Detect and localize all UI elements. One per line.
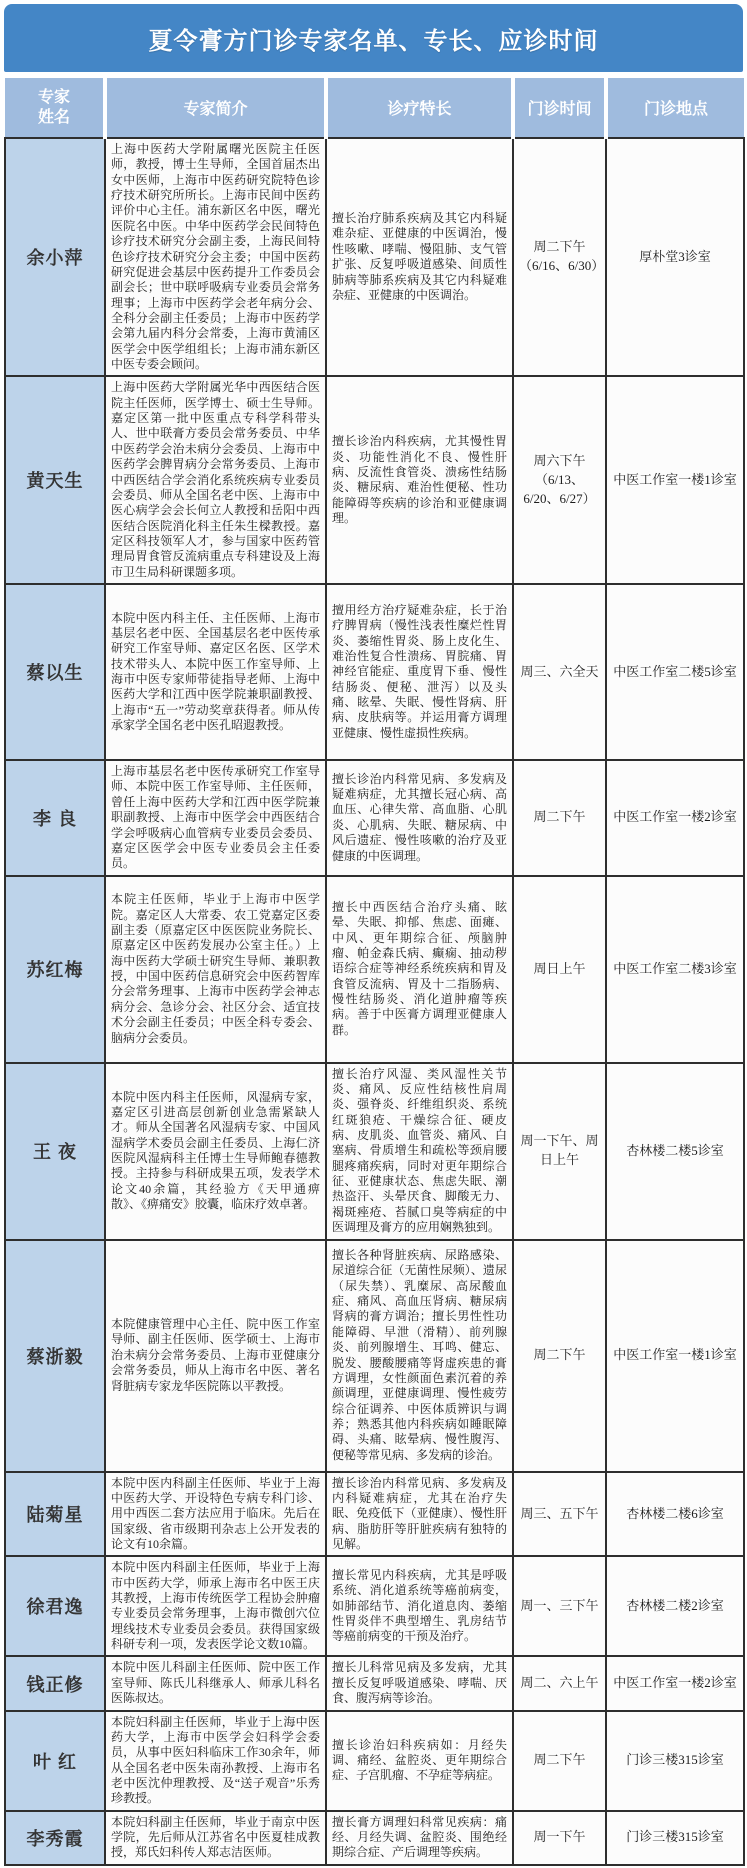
clinic-time-cell: 周日上午 (513, 876, 606, 1063)
table-row: 余小萍 上海中医药大学附属曙光医院主任医师，教授，博士生导师，全国首届杰出女中医… (5, 138, 744, 376)
page: 夏令膏方门诊专家名单、专长、应诊时间 专家姓名 专家简介 诊疗特长 门诊时间 门… (0, 0, 747, 1868)
table-row: 苏红梅 本院主任医师，毕业于上海市中医学院。嘉定区人大常委、农工党嘉定区委副主委… (5, 876, 744, 1063)
clinic-time-cell: 周二下午（6/16、6/30） (513, 138, 606, 376)
clinic-location-cell: 中医工作室二楼3诊室 (606, 876, 744, 1063)
expert-name-cell: 李 良 (5, 760, 105, 876)
expert-intro-cell: 本院中医内科副主任医师，毕业于上海市中医药大学，师承上海市名中医王庆其教授，上海… (105, 1556, 326, 1656)
expert-intro-cell: 上海市基层名老中医传承研究工作室导师、本院中医工作室导师、主任医师，曾任上海中医… (105, 760, 326, 876)
header-row: 专家姓名 专家简介 诊疗特长 门诊时间 门诊地点 (5, 78, 744, 138)
expert-name-cell: 蔡以生 (5, 584, 105, 760)
table-row: 李 良 上海市基层名老中医传承研究工作室导师、本院中医工作室导师、主任医师，曾任… (5, 760, 744, 876)
expert-name-cell: 蔡浙毅 (5, 1240, 105, 1472)
expert-intro-cell: 本院中医儿科副主任医师、院中医工作室导师、陈氏儿科继承人、师承儿科名医陈叔达。 (105, 1656, 326, 1710)
expert-intro-cell: 本院妇科副主任医师，毕业于上海中医药大学，上海市中医学会妇科学会委员，从事中医妇… (105, 1711, 326, 1811)
column-header-expert-name: 专家姓名 (5, 78, 105, 138)
clinic-location-cell: 中医工作室二楼5诊室 (606, 584, 744, 760)
expert-name-cell: 余小萍 (5, 138, 105, 376)
specialty-cell: 擅长各种肾脏疾病、尿路感染、尿道综合征（无菌性尿频）、遗尿（尿失禁）、乳糜尿、高… (326, 1240, 513, 1472)
clinic-time-cell: 周三、五下午 (513, 1472, 606, 1557)
experts-table: 专家姓名 专家简介 诊疗特长 门诊时间 门诊地点 余小萍 上海中医药大学附属曙光… (4, 78, 745, 1866)
clinic-time-cell: 周六下午（6/13、6/20、6/27） (513, 376, 606, 584)
expert-name-cell: 黄天生 (5, 376, 105, 584)
column-header-clinic-time: 门诊时间 (513, 78, 606, 138)
table-row: 王 夜 本院中医内科主任医师，风湿病专家，嘉定区引进高层创新创业急需紧缺人才。师… (5, 1063, 744, 1240)
expert-name-cell: 李秀霞 (5, 1811, 105, 1865)
expert-intro-cell: 上海中医药大学附属曙光医院主任医师，教授，博士生导师，全国首届杰出女中医师，上海… (105, 138, 326, 376)
table-row: 蔡以生 本院中医内科主任、主任医师、上海市基层名老中医、全国基层名老中医传承研究… (5, 584, 744, 760)
clinic-time-cell: 周一下午、周日上午 (513, 1063, 606, 1240)
table-row: 蔡浙毅 本院健康管理中心主任、院中医工作室导师、副主任医师、医学硕士、上海市治未… (5, 1240, 744, 1472)
expert-intro-cell: 本院健康管理中心主任、院中医工作室导师、副主任医师、医学硕士、上海市治未病分会常… (105, 1240, 326, 1472)
clinic-location-cell: 中医工作室一楼2诊室 (606, 760, 744, 876)
column-header-expert-intro: 专家简介 (105, 78, 326, 138)
expert-intro-cell: 本院主任医师，毕业于上海市中医学院。嘉定区人大常委、农工党嘉定区委副主委（原嘉定… (105, 876, 326, 1063)
specialty-cell: 擅长诊治内科常见病、多发病及内科疑难病症，尤其在治疗失眠、免疫低下（亚健康）、慢… (326, 1472, 513, 1557)
expert-name-cell: 苏红梅 (5, 876, 105, 1063)
expert-intro-cell: 本院中医内科主任、主任医师、上海市基层名老中医、全国基层名老中医传承研究工作室导… (105, 584, 326, 760)
specialty-cell: 擅长儿科常见病及多发病，尤其擅长反复呼吸道感染、哮喘、厌食、腹泻病等诊治。 (326, 1656, 513, 1710)
clinic-time-cell: 周二下午 (513, 1711, 606, 1811)
specialty-cell: 擅长诊治内科疾病，尤其慢性胃炎、功能性消化不良、慢性肝病、反流性食管炎、溃疡性结… (326, 376, 513, 584)
clinic-location-cell: 中医工作室一楼1诊室 (606, 1240, 744, 1472)
clinic-location-cell: 中医工作室一楼1诊室 (606, 376, 744, 584)
clinic-time-cell: 周二、六上午 (513, 1656, 606, 1710)
expert-name-cell: 叶 红 (5, 1711, 105, 1811)
expert-intro-cell: 本院中医内科主任医师，风湿病专家，嘉定区引进高层创新创业急需紧缺人才。师从全国著… (105, 1063, 326, 1240)
clinic-location-cell: 门诊三楼315诊室 (606, 1811, 744, 1865)
specialty-cell: 擅用经方治疗疑难杂症，长于治疗脾胃病（慢性浅表性糜烂性胃炎、萎缩性胃炎、肠上皮化… (326, 584, 513, 760)
specialty-cell: 擅长膏方调理妇科常见疾病：痛经、月经失调、盆腔炎、围绝经期综合症、产后调理等疾病… (326, 1811, 513, 1865)
specialty-cell: 擅长治疗肺系疾病及其它内科疑难杂症、亚健康的中医调治，慢性咳嗽、哮喘、慢阻肺、支… (326, 138, 513, 376)
clinic-time-cell: 周二下午 (513, 1240, 606, 1472)
clinic-time-cell: 周二下午 (513, 760, 606, 876)
clinic-location-cell: 门诊三楼315诊室 (606, 1711, 744, 1811)
table-row: 李秀霞 本院妇科副主任医师，毕业于南京中医学院，先后师从江苏省名中医夏桂成教授，… (5, 1811, 744, 1865)
column-header-clinic-location: 门诊地点 (606, 78, 744, 138)
clinic-location-cell: 中医工作室一楼2诊室 (606, 1656, 744, 1710)
table-row: 钱正修 本院中医儿科副主任医师、院中医工作室导师、陈氏儿科继承人、师承儿科名医陈… (5, 1656, 744, 1710)
column-header-specialty: 诊疗特长 (326, 78, 513, 138)
table-row: 陆菊星 本院中医内科副主任医师、毕业于上海中医药大学、开设特色专病专科门诊、用中… (5, 1472, 744, 1557)
table-row: 叶 红 本院妇科副主任医师，毕业于上海中医药大学，上海市中医学会妇科学会委员，从… (5, 1711, 744, 1811)
expert-intro-cell: 上海中医药大学附属光华中西医结合医院主任医师，医学博士、硕士生导师。嘉定区第一批… (105, 376, 326, 584)
clinic-location-cell: 杏林楼二楼6诊室 (606, 1472, 744, 1557)
specialty-cell: 擅长诊治内科常见病、多发病及疑难病症，尤其擅长冠心病、高血压、心律失常、高血脂、… (326, 760, 513, 876)
clinic-location-cell: 杏林楼二楼5诊室 (606, 1063, 744, 1240)
clinic-time-cell: 周三、六全天 (513, 584, 606, 760)
clinic-time-cell: 周一下午 (513, 1811, 606, 1865)
clinic-time-cell: 周一、三下午 (513, 1556, 606, 1656)
table-row: 徐君逸 本院中医内科副主任医师，毕业于上海市中医药大学，师承上海市名中医王庆其教… (5, 1556, 744, 1656)
specialty-cell: 擅长中西医结合治疗头痛、眩晕、失眠、抑郁、焦虑、面瘫、中风、更年期综合征、颅脑肿… (326, 876, 513, 1063)
expert-name-cell: 王 夜 (5, 1063, 105, 1240)
specialty-cell: 擅长常见内科疾病，尤其是呼吸系统、消化道系统等癌前病变，如肺部结节、消化道息肉、… (326, 1556, 513, 1656)
expert-name-cell: 陆菊星 (5, 1472, 105, 1557)
table-row: 黄天生 上海中医药大学附属光华中西医结合医院主任医师，医学博士、硕士生导师。嘉定… (5, 376, 744, 584)
expert-intro-cell: 本院妇科副主任医师，毕业于南京中医学院，先后师从江苏省名中医夏桂成教授，郑氏妇科… (105, 1811, 326, 1865)
title-bar: 夏令膏方门诊专家名单、专长、应诊时间 (4, 4, 743, 72)
specialty-cell: 擅长诊治妇科疾病如：月经失调、痛经、盆腔炎、更年期综合症、子宫肌瘤、不孕症等病症… (326, 1711, 513, 1811)
specialty-cell: 擅长治疗风湿、类风湿性关节炎、痛风、反应性结核性肩周炎、强脊炎、纤维组织炎、系统… (326, 1063, 513, 1240)
expert-intro-cell: 本院中医内科副主任医师、毕业于上海中医药大学、开设特色专病专科门诊、用中西医二套… (105, 1472, 326, 1557)
expert-name-cell: 钱正修 (5, 1656, 105, 1710)
page-title: 夏令膏方门诊专家名单、专长、应诊时间 (149, 21, 599, 56)
table-header: 专家姓名 专家简介 诊疗特长 门诊时间 门诊地点 (5, 78, 744, 138)
clinic-location-cell: 杏林楼二楼2诊室 (606, 1556, 744, 1656)
expert-name-cell: 徐君逸 (5, 1556, 105, 1656)
clinic-location-cell: 厚朴堂3诊室 (606, 138, 744, 376)
